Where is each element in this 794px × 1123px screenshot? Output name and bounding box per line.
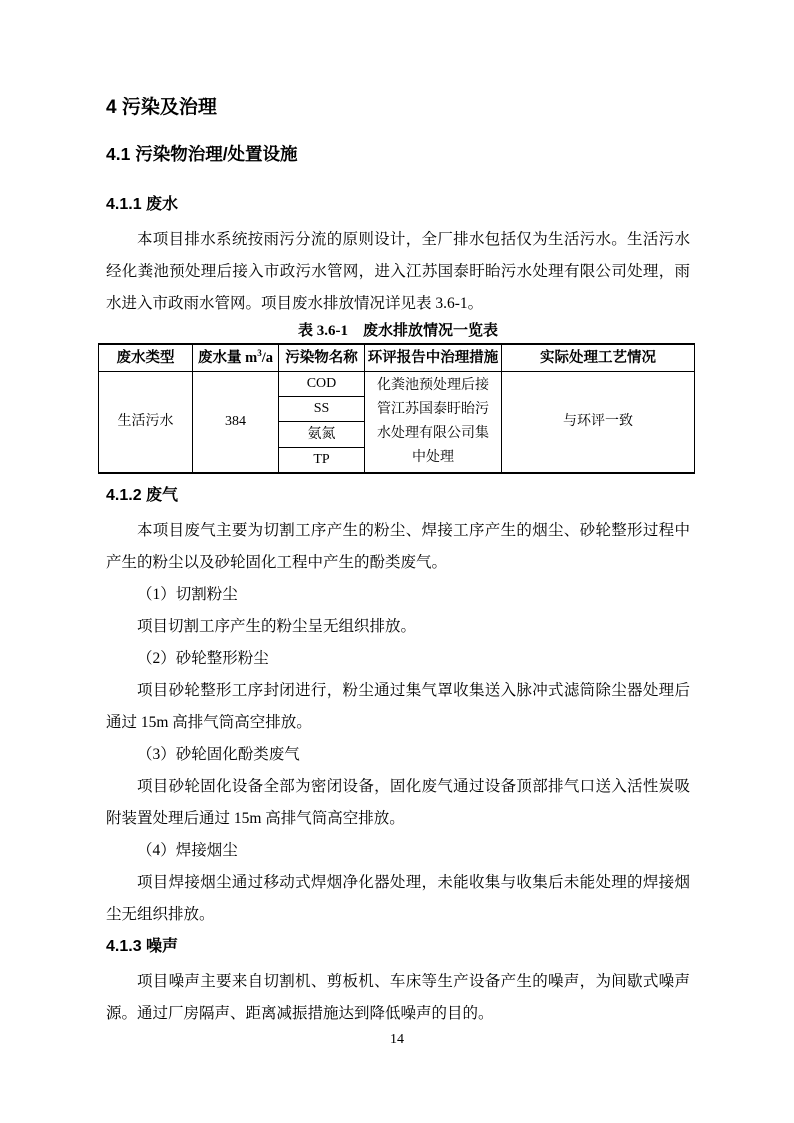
subsection-heading-noise: 4.1.3 噪声 <box>106 933 690 961</box>
page-number: 14 <box>0 1032 794 1048</box>
cell-pollutant-ss: SS <box>279 397 365 422</box>
table-header-row: 废水类型 废水量 m3/a 污染物名称 环评报告中治理措施 实际处理工艺情况 <box>99 344 695 372</box>
subsection-heading-wastewater: 4.1.1 废水 <box>106 191 690 219</box>
item-text-wheel-shaping-dust: 项目砂轮整形工序封闭进行，粉尘通过集气罩收集送入脉冲式滤筒除尘器处理后通过 15… <box>106 675 690 739</box>
cell-amount: 384 <box>193 372 279 474</box>
paragraph-noise: 项目噪声主要来自切割机、剪板机、车床等生产设备产生的噪声，为间歇式噪声源。通过厂… <box>106 966 690 1030</box>
item-label-cutting-dust: （1）切割粉尘 <box>106 579 690 611</box>
item-text-welding-fume: 项目焊接烟尘通过移动式焊烟净化器处理，未能收集与收集后未能处理的焊接烟尘无组织排… <box>106 867 690 931</box>
col-header-amount: 废水量 m3/a <box>193 344 279 372</box>
item-label-welding-fume: （4）焊接烟尘 <box>106 835 690 867</box>
item-text-wheel-curing-phenol: 项目砂轮固化设备全部为密闭设备，固化废气通过设备顶部排气口送入活性炭吸附装置处理… <box>106 771 690 835</box>
col-header-pollutant: 污染物名称 <box>279 344 365 372</box>
document-page: 4 污染及治理 4.1 污染物治理/处置设施 4.1.1 废水 本项目排水系统按… <box>0 0 794 1123</box>
item-label-wheel-shaping-dust: （2）砂轮整形粉尘 <box>106 643 690 675</box>
col-header-type: 废水类型 <box>99 344 193 372</box>
cell-pollutant-tp: TP <box>279 447 365 473</box>
cell-eia-measure: 化粪池预处理后接管江苏国泰盱眙污水处理有限公司集中处理 <box>365 372 502 474</box>
col-header-actual: 实际处理工艺情况 <box>502 344 695 372</box>
col-header-eia-measure: 环评报告中治理措施 <box>365 344 502 372</box>
cell-pollutant-cod: COD <box>279 372 365 397</box>
chapter-heading: 4 污染及治理 <box>106 92 690 123</box>
paragraph-exhaust-intro: 本项目废气主要为切割工序产生的粉尘、焊接工序产生的烟尘、砂轮整形过程中产生的粉尘… <box>106 515 690 579</box>
cell-actual: 与环评一致 <box>502 372 695 474</box>
cell-wastewater-type: 生活污水 <box>99 372 193 474</box>
section-heading: 4.1 污染物治理/处置设施 <box>106 139 690 169</box>
subsection-heading-exhaust: 4.1.2 废气 <box>106 482 690 510</box>
page-content: 4 污染及治理 4.1 污染物治理/处置设施 4.1.1 废水 本项目排水系统按… <box>0 0 794 1030</box>
table-title: 表 3.6-1 废水排放情况一览表 <box>106 320 690 342</box>
table-row: 生活污水 384 COD 化粪池预处理后接管江苏国泰盱眙污水处理有限公司集中处理… <box>99 372 695 397</box>
item-text-cutting-dust: 项目切割工序产生的粉尘呈无组织排放。 <box>106 611 690 643</box>
paragraph-wastewater: 本项目排水系统按雨污分流的原则设计，全厂排水包括仅为生活污水。生活污水经化粪池预… <box>106 224 690 320</box>
item-label-wheel-curing-phenol: （3）砂轮固化酚类废气 <box>106 739 690 771</box>
wastewater-table: 废水类型 废水量 m3/a 污染物名称 环评报告中治理措施 实际处理工艺情况 生… <box>98 343 695 474</box>
cell-pollutant-nh3n: 氨氮 <box>279 422 365 447</box>
